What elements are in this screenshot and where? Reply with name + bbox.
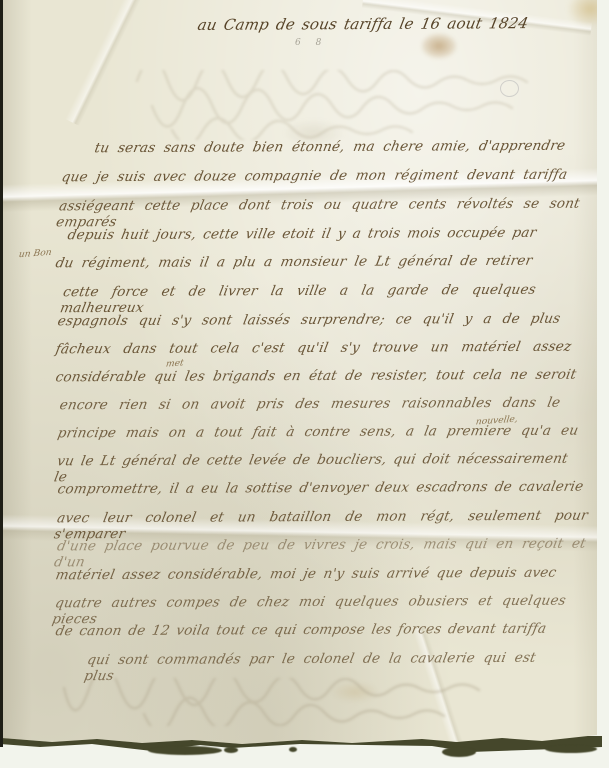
scanner-edge-strip (0, 0, 3, 747)
letter-line: compromettre, il a eu la sottise d'envoy… (56, 479, 585, 498)
letter-line: considérable qui les brigands en état de… (54, 367, 578, 386)
edge-blob (545, 745, 597, 753)
letter-line: tu seras sans doute bien étonné, ma cher… (93, 138, 567, 157)
edge-blob (148, 746, 222, 755)
yellow-stain (568, 0, 609, 26)
ink-stain (422, 34, 456, 58)
letter-scan: au Camp de sous tariffa le 16 aout 1824 … (0, 0, 609, 768)
letter-line: espagnols qui s'y sont laissés surprendr… (56, 311, 562, 330)
letter-line: que je suis avec douze compagnie de mon … (60, 167, 569, 186)
bleedthrough-text-bottom (54, 678, 484, 726)
letter-dateline: au Camp de sous tariffa le 16 aout 1824 (196, 14, 530, 34)
letter-line: encore rien si on avoit pris des mesures… (58, 395, 562, 414)
letter-line: depuis huit jours, cette ville etoit il … (66, 225, 538, 244)
letter-line: fâcheux dans tout cela c'est qu'il s'y t… (54, 339, 573, 358)
edge-blob (442, 747, 476, 757)
letter-paper: au Camp de sous tariffa le 16 aout 1824 … (2, 0, 597, 747)
letter-line: matériel assez considérable, moi je n'y … (54, 565, 558, 584)
bleedthrough-text-upper (132, 70, 532, 140)
letter-line: qui sont commandés par le colonel de la … (83, 650, 538, 685)
letter-line: de canon de 12 voila tout ce qui compose… (54, 621, 548, 640)
margin-note: un Bon (18, 248, 52, 260)
edge-blob (289, 747, 297, 752)
letter-line: principe mais on a tout fait à contre se… (56, 423, 580, 442)
letter-line: du régiment, mais il a plu a monsieur le… (54, 253, 534, 272)
pencil-marks: 6 8 (295, 38, 327, 48)
edge-blob (224, 747, 238, 753)
